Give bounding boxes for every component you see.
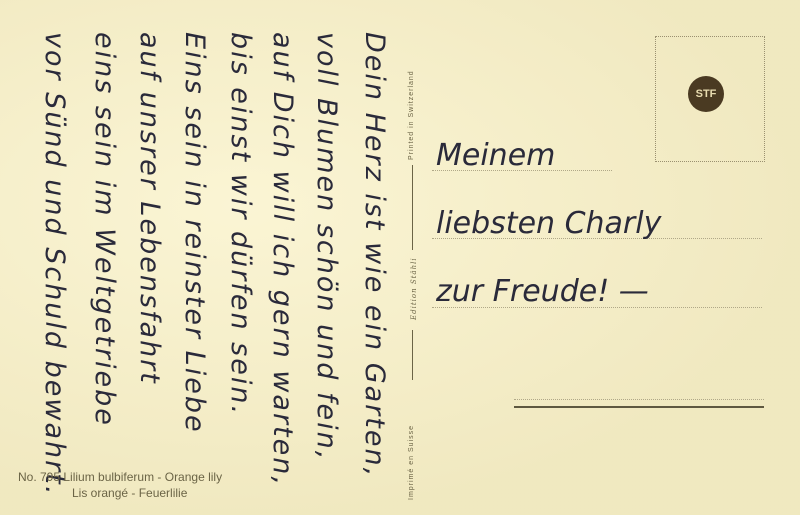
message-line-7: eins sein im Weltgetriebe (89, 32, 120, 427)
address-dotted-line-4 (514, 399, 764, 400)
message-line-4: bis einst wir dürfen sein. (225, 32, 256, 416)
address-line-2: liebsten Charly (436, 206, 661, 241)
caption-line-2: Lis orangé - Feuerlilie (72, 486, 187, 500)
message-line-5: Eins sein in reinster Liebe (179, 32, 210, 434)
divider-bottom (412, 330, 413, 380)
publisher-logo-icon: STF (688, 76, 724, 112)
divider-top (412, 165, 413, 250)
message-line-1: Dein Herz ist wie ein Garten, (359, 32, 390, 478)
address-solid-line (514, 406, 764, 408)
message-line-8: vor Sünd und Schuld bewahrt. (39, 32, 70, 496)
message-line-3: auf Dich will ich gern warten, (267, 32, 298, 487)
caption-line-1: No. 795 Lilium bulbiferum - Orange lily (18, 470, 222, 484)
message-line-2: voll Blumen schön und fein, (311, 32, 342, 461)
publisher-label: Edition Stähli (410, 257, 418, 320)
message-line-6: auf unsrer Lebensfahrt (134, 32, 165, 385)
imprime-label: Imprimé en Suisse (408, 425, 415, 500)
address-line-1: Meinem (436, 138, 555, 173)
postcard-back: Dein Herz ist wie ein Garten, voll Blume… (0, 0, 800, 515)
printed-in-label: Printed in Switzerland (408, 70, 415, 160)
address-line-3: zur Freude! — (436, 274, 649, 309)
